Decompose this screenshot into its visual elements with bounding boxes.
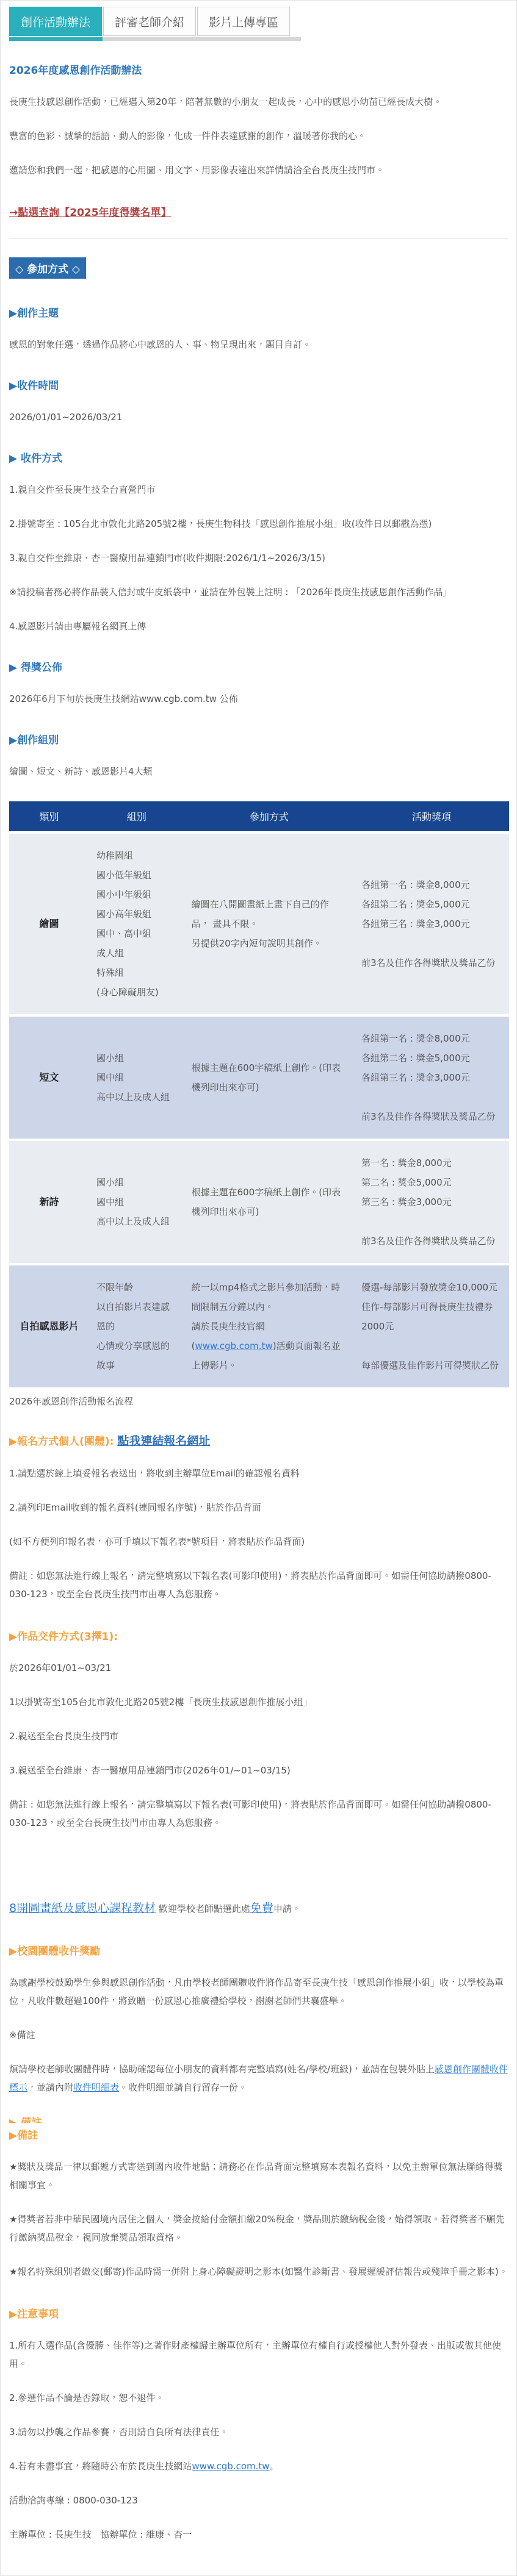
activity-page: 創作活動辦法 評審老師介紹 影片上傳專區 2026年度感恩創作活動辦法 長庚生技… [1,1,516,2575]
prize-table: 類別 組別 參加方式 活動獎項 繪圖 幼稚園組 國小低年級組 國小中年級組 國小… [9,799,509,1390]
delivery-option: 2.親送至全台長庚生技門市 [9,1727,508,1745]
cgb-website-link[interactable]: www.cgb.com.tw [195,1340,273,1351]
row-groups: 幼稚園組 國小低年級組 國小中年級組 國小高年級組 國中、高中組 成人組 特殊組… [89,834,184,1014]
notes-item-text: 4.若有未盡事宜，將隨時公布於長庚生技網站 [9,2461,192,2472]
receipt-list-link[interactable]: 收件明細表 [73,2082,119,2093]
tab-video-upload[interactable]: 影片上傳專區 [197,7,290,36]
category-text: 繪圖、短文、新詩、感恩影片4大類 [9,762,508,781]
winners-2025-link[interactable]: →點選查詢【2025年度得獎名單】 [9,204,172,219]
table-header-row: 類別 組別 參加方式 活動獎項 [9,801,509,831]
remarks-item: ★報名特殊組別者繳交(郵寄)作品時需一併附上身心障礙證明之影本(如醫生診斷書、發… [9,2263,508,2281]
notes-item-4: 4.若有未盡事宜，將隨時公布於長庚生技網站www.cgb.com.tw。 [9,2457,508,2475]
row-groups: 國小組 國中組 高中以上及成人組 [89,1141,184,1263]
tab-underline [9,37,301,41]
table-caption: 2026年感恩創作活動報名流程 [9,1395,508,1408]
school-note-label: ※備註 [9,2026,508,2044]
school-note-text: 煩請學校老師收團體件時，協助確認每位小朋友的資料都有完整填寫(姓名/學校/班級)… [9,2064,435,2075]
announce-heading: ▶ 得獎公佈 [9,659,508,674]
row-category: 短文 [9,1017,89,1139]
notes-heading: ▶注意事項 [9,2305,508,2320]
table-row-video: 自拍感恩影片 不限年齡 以自拍影片表達感恩的 心情或分享感恩的故事 統一以mp4… [9,1265,509,1387]
school-note-text: 。收件明細並請自行留存一份。 [119,2082,247,2093]
intro-paragraph-1: 長庚生技感恩創作活動，已經邁入第20年，陪著無數的小朋友一起成長，心中的感恩小幼… [9,93,508,111]
materials-text: 申請。 [273,1903,301,1914]
receive-method-note: ※請投稿者務必將作品裝入信封或牛皮紙袋中，並請在外包裝上註明 : 「2026年長… [9,583,508,601]
intro-paragraph-3: 邀請您和我們一起，把感恩的心用圖、用文字、用影像表達出來詳情請洽全台長庚生技門市… [9,161,508,179]
row-category: 新詩 [9,1141,89,1263]
cgb-website-link[interactable]: www.cgb.com.tw [192,2461,269,2472]
receive-time-text: 2026/01/01~2026/03/21 [9,408,508,426]
table-header-category: 類別 [9,801,89,831]
registration-remark: 備註 : 如您無法進行線上報名，請完整填寫以下報名表(可影印使用)，將表貼於作品… [9,1567,508,1603]
table-header-group: 組別 [89,801,184,831]
remarks-heading-clipped-text: ▶ 備註 [9,2114,508,2123]
organizer: 主辦單位 : 長庚生技 協辦單位 : 維康、杏一 [9,2525,508,2544]
free-apply-link[interactable]: 免費 [250,1902,273,1915]
delivery-remark: 備註 : 如您無法進行線上報名，請完整填寫以下報名表(可影印使用)，將表貼於作品… [9,1795,508,1832]
tab-creative-rules[interactable]: 創作活動辦法 [9,7,102,36]
table-header-method: 參加方式 [184,801,354,831]
theme-heading: ▶創作主題 [9,304,508,320]
delivery-period: 於2026年01/01~03/21 [9,1659,508,1677]
row-groups: 不限年齡 以自拍影片表達感恩的 心情或分享感恩的故事 [89,1265,184,1387]
spacer [9,1848,508,1883]
school-note-text: ，並請內附 [27,2082,73,2093]
receive-time-heading: ▶收件時間 [9,377,508,392]
receive-method-item: 2.掛號寄至 : 105台北市敦化北路205號2樓，長庚生物科技「感恩創作推展小… [9,515,508,533]
row-prizes: 優選-每部影片發放獎金10,000元 佳作-每部影片可得長庚生技禮券2000元 … [354,1265,509,1387]
theme-text: 感恩的對象任選，透過作品將心中感恩的人、事、物呈現出來，題目自訂。 [9,335,508,354]
row-prizes: 各組第一名 : 獎金8,000元 各組第二名 : 獎金5,000元 各組第三名 … [354,834,509,1014]
remarks-item: ★得獎者若非中華民國境內居住之個人，獎金按給付金額扣繳20%稅金，獎品則於繳納稅… [9,2210,508,2247]
table-row-poem: 新詩 國小組 國中組 高中以上及成人組 根據主題在600字稿紙上創作。(印表機列… [9,1141,509,1263]
row-method: 根據主題在600字稿紙上創作。(印表機列印出來亦可) [184,1141,354,1263]
notes-item: 3.請勿以抄襲之作品參賽，否則請自負所有法律責任。 [9,2423,508,2441]
tab-bar: 創作活動辦法 評審老師介紹 影片上傳專區 [9,7,508,36]
row-category: 繪圖 [9,834,89,1014]
registration-step: 2.請列印Email收到的報名資料(連同報名序號)，貼於作品背面 [9,1498,508,1517]
row-method: 統一以mp4格式之影片參加活動，時間限制五分鐘以內。 請於長庚生技官網(www.… [184,1265,354,1387]
materials-paragraph: 8開圖畫紙及感恩心課程教材 歡迎學校老師點選此處免費申請。 [9,1899,508,1918]
school-note-paragraph: 煩請學校老師收團體件時，協助確認每位小朋友的資料都有完整填寫(姓名/學校/班級)… [9,2060,508,2097]
school-reward-text: 為感謝學校鼓勵學生參與感恩創作活動，凡由學校老師團體收件將作品寄至長庚生技「感恩… [9,1973,508,2010]
notes-item: 1.所有入選作品(含優勝、佳作等)之著作財產權歸主辦單位所有，主辦單位有權自行或… [9,2336,508,2373]
row-method: 根據主題在600字稿紙上創作。(印表機列印出來亦可) [184,1017,354,1139]
registration-note: (如不方便列印報名表，亦可手填以下報名表*號項目，將表貼於作品背面) [9,1533,508,1551]
school-reward-heading: ▶校園團體收件獎勵 [9,1942,508,1958]
tab-judges[interactable]: 評審老師介紹 [103,7,196,36]
row-category: 自拍感恩影片 [9,1265,89,1387]
registration-step: 1.請點選於線上填妥報名表送出，將收到主辦單位Email的確認報名資料 [9,1464,508,1483]
page-title: 2026年度感恩創作活動辦法 [9,62,508,77]
category-heading: ▶創作組別 [9,731,508,746]
receive-method-item: 3.親自交件至維康、杏一醫療用品連鎖門市(收件期限:2026/1/1~2026/… [9,549,508,567]
row-groups: 國小組 國中組 高中以上及成人組 [89,1017,184,1139]
tab-active-indicator [9,37,103,41]
delivery-option: 1以掛號寄至105台北市敦化北路205號2樓「長庚生技感恩創作推展小組」 [9,1693,508,1711]
receive-method-item: 4.感恩影片請由專屬報名網頁上傳 [9,617,508,635]
registration-heading: ▶報名方式個人(團體): 點我連結報名網址 [9,1432,508,1448]
delivery-heading: ▶作品交件方式(3擇1): [9,1628,508,1643]
receive-method-heading: ▶ 收件方式 [9,449,508,465]
row-prizes: 各組第一名 : 獎金8,000元 各組第二名 : 獎金5,000元 各組第三名 … [354,1017,509,1139]
delivery-option: 3.親送至全台維康、杏一醫療用品連鎖門市(2026年01/~01~03/15) [9,1761,508,1780]
table-row-drawing: 繪圖 幼稚園組 國小低年級組 國小中年級組 國小高年級組 國中、高中組 成人組 … [9,834,509,1014]
row-method: 繪圖在八開圖畫紙上畫下自己的作品， 畫具不限。 另提供20字內短句說明其創作。 [184,834,354,1014]
receive-method-item: 1.親自交件至長庚生技全台直營門市 [9,481,508,499]
table-row-essay: 短文 國小組 國中組 高中以上及成人組 根據主題在600字稿紙上創作。(印表機列… [9,1017,509,1139]
registration-link[interactable]: 點我連結報名網址 [117,1434,210,1448]
announce-text: 2026年6月下旬於長庚生技網站www.cgb.com.tw 公佈 [9,690,508,708]
registration-heading-text: ▶報名方式個人(團體): [9,1436,117,1448]
intro-paragraph-2: 豐富的色彩、誠摯的話語、動人的影像，化成一件件表達感謝的創作，溫暖著你我的心。 [9,127,508,145]
divider [9,238,508,239]
hotline: 活動洽詢專線 : 0800-030-123 [9,2491,508,2510]
notes-item: 2.參選作品不論是否錄取，恕不退件。 [9,2389,508,2407]
remarks-item: ★獎狀及獎品一律以郵遞方式寄送到國內收件地點；請務必在作品背面完整填寫本表報名資… [9,2158,508,2194]
materials-request-link[interactable]: 8開圖畫紙及感恩心課程教材 [9,1902,156,1915]
row-prizes: 第一名 : 獎金8,000元 第二名 : 獎金5,000元 第三名 : 獎金3,… [354,1141,509,1263]
participation-badge: ◇ 參加方式 ◇ [9,257,86,279]
materials-text: 歡迎學校老師點選此處 [156,1903,250,1914]
notes-item-text: 。 [270,2461,279,2472]
remarks-heading-clipped: ▶ 備註 [9,2114,508,2123]
table-header-prize: 活動獎項 [354,801,509,831]
remarks-heading: ▶備註 [9,2127,508,2142]
